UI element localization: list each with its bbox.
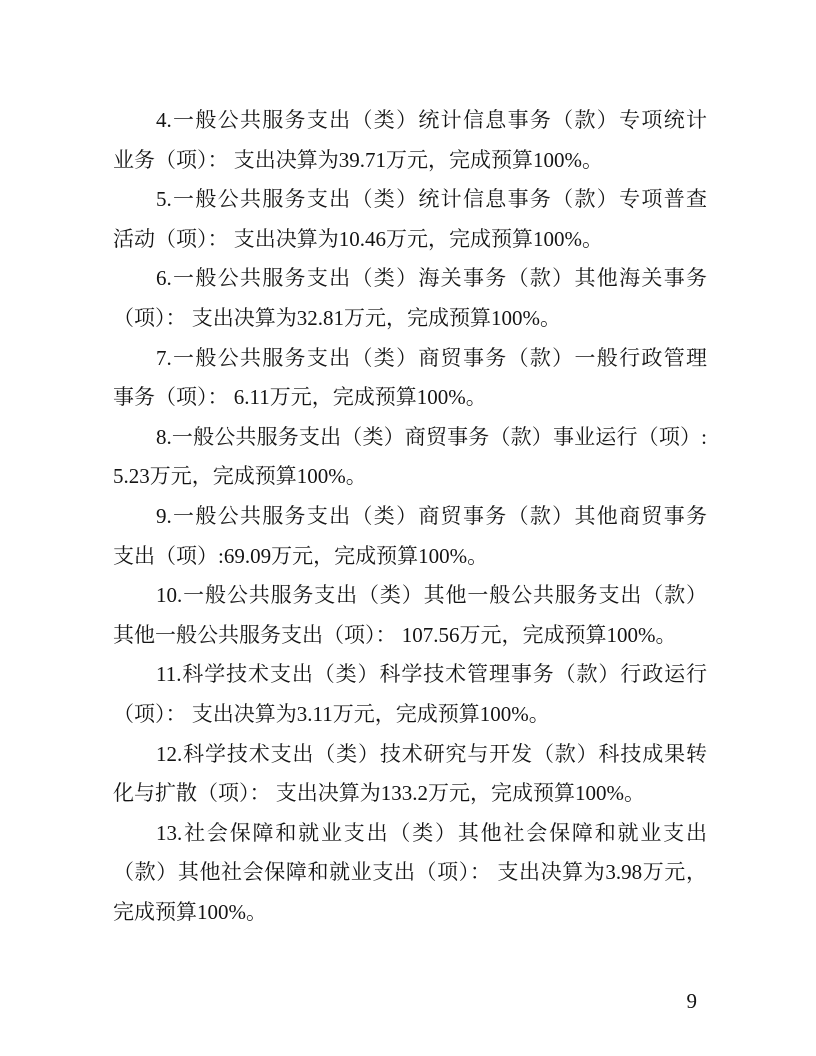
paragraph-line: 6.一般公共服务支出（类）海关事务（款）其他海关事务: [113, 259, 707, 299]
paragraph-line: 13.社会保障和就业支出（类）其他社会保障和就业支出: [113, 814, 707, 854]
paragraph-line: （项）： 支出决算为3.11万元，完成预算100%。: [113, 695, 707, 735]
paragraph-line: （款）其他社会保障和就业支出（项）： 支出决算为3.98万元，: [113, 853, 707, 893]
paragraph-line: 12.科学技术支出（类）技术研究与开发（款）科技成果转: [113, 735, 707, 775]
paragraph-line: （项）： 支出决算为32.81万元，完成预算100%。: [113, 299, 707, 339]
paragraph-13: 13.社会保障和就业支出（类）其他社会保障和就业支出 （款）其他社会保障和就业支…: [113, 814, 707, 933]
paragraph-line: 7.一般公共服务支出（类）商贸事务（款）一般行政管理: [113, 339, 707, 379]
paragraph-4: 4.一般公共服务支出（类）统计信息事务（款）专项统计 业务（项）： 支出决算为3…: [113, 101, 707, 180]
paragraph-line: 10.一般公共服务支出（类）其他一般公共服务支出（款）: [113, 576, 707, 616]
paragraph-line: 其他一般公共服务支出（项）： 107.56万元，完成预算100%。: [113, 616, 707, 656]
paragraph-10: 10.一般公共服务支出（类）其他一般公共服务支出（款） 其他一般公共服务支出（项…: [113, 576, 707, 655]
paragraph-9: 9.一般公共服务支出（类）商贸事务（款）其他商贸事务 支出（项）:69.09万元…: [113, 497, 707, 576]
paragraph-5: 5.一般公共服务支出（类）统计信息事务（款）专项普查 活动（项）： 支出决算为1…: [113, 180, 707, 259]
page-content: 4.一般公共服务支出（类）统计信息事务（款）专项统计 业务（项）： 支出决算为3…: [113, 101, 707, 932]
page-number: 9: [687, 986, 698, 1016]
paragraph-line: 完成预算100%。: [113, 893, 707, 933]
paragraph-line: 8.一般公共服务支出（类）商贸事务（款）事业运行（项）:: [113, 418, 707, 458]
paragraph-line: 5.23万元，完成预算100%。: [113, 457, 707, 497]
document-page: 4.一般公共服务支出（类）统计信息事务（款）专项统计 业务（项）： 支出决算为3…: [0, 0, 816, 1056]
paragraph-line: 化与扩散（项）： 支出决算为133.2万元，完成预算100%。: [113, 774, 707, 814]
paragraph-6: 6.一般公共服务支出（类）海关事务（款）其他海关事务 （项）： 支出决算为32.…: [113, 259, 707, 338]
paragraph-7: 7.一般公共服务支出（类）商贸事务（款）一般行政管理 事务（项）： 6.11万元…: [113, 339, 707, 418]
paragraph-line: 11.科学技术支出（类）科学技术管理事务（款）行政运行: [113, 655, 707, 695]
paragraph-11: 11.科学技术支出（类）科学技术管理事务（款）行政运行 （项）： 支出决算为3.…: [113, 655, 707, 734]
paragraph-8: 8.一般公共服务支出（类）商贸事务（款）事业运行（项）: 5.23万元，完成预算…: [113, 418, 707, 497]
paragraph-line: 4.一般公共服务支出（类）统计信息事务（款）专项统计: [113, 101, 707, 141]
paragraph-12: 12.科学技术支出（类）技术研究与开发（款）科技成果转 化与扩散（项）： 支出决…: [113, 735, 707, 814]
paragraph-line: 事务（项）： 6.11万元，完成预算100%。: [113, 378, 707, 418]
paragraph-line: 9.一般公共服务支出（类）商贸事务（款）其他商贸事务: [113, 497, 707, 537]
paragraph-line: 业务（项）： 支出决算为39.71万元，完成预算100%。: [113, 141, 707, 181]
paragraph-line: 活动（项）： 支出决算为10.46万元，完成预算100%。: [113, 220, 707, 260]
paragraph-line: 支出（项）:69.09万元，完成预算100%。: [113, 537, 707, 577]
paragraph-line: 5.一般公共服务支出（类）统计信息事务（款）专项普查: [113, 180, 707, 220]
